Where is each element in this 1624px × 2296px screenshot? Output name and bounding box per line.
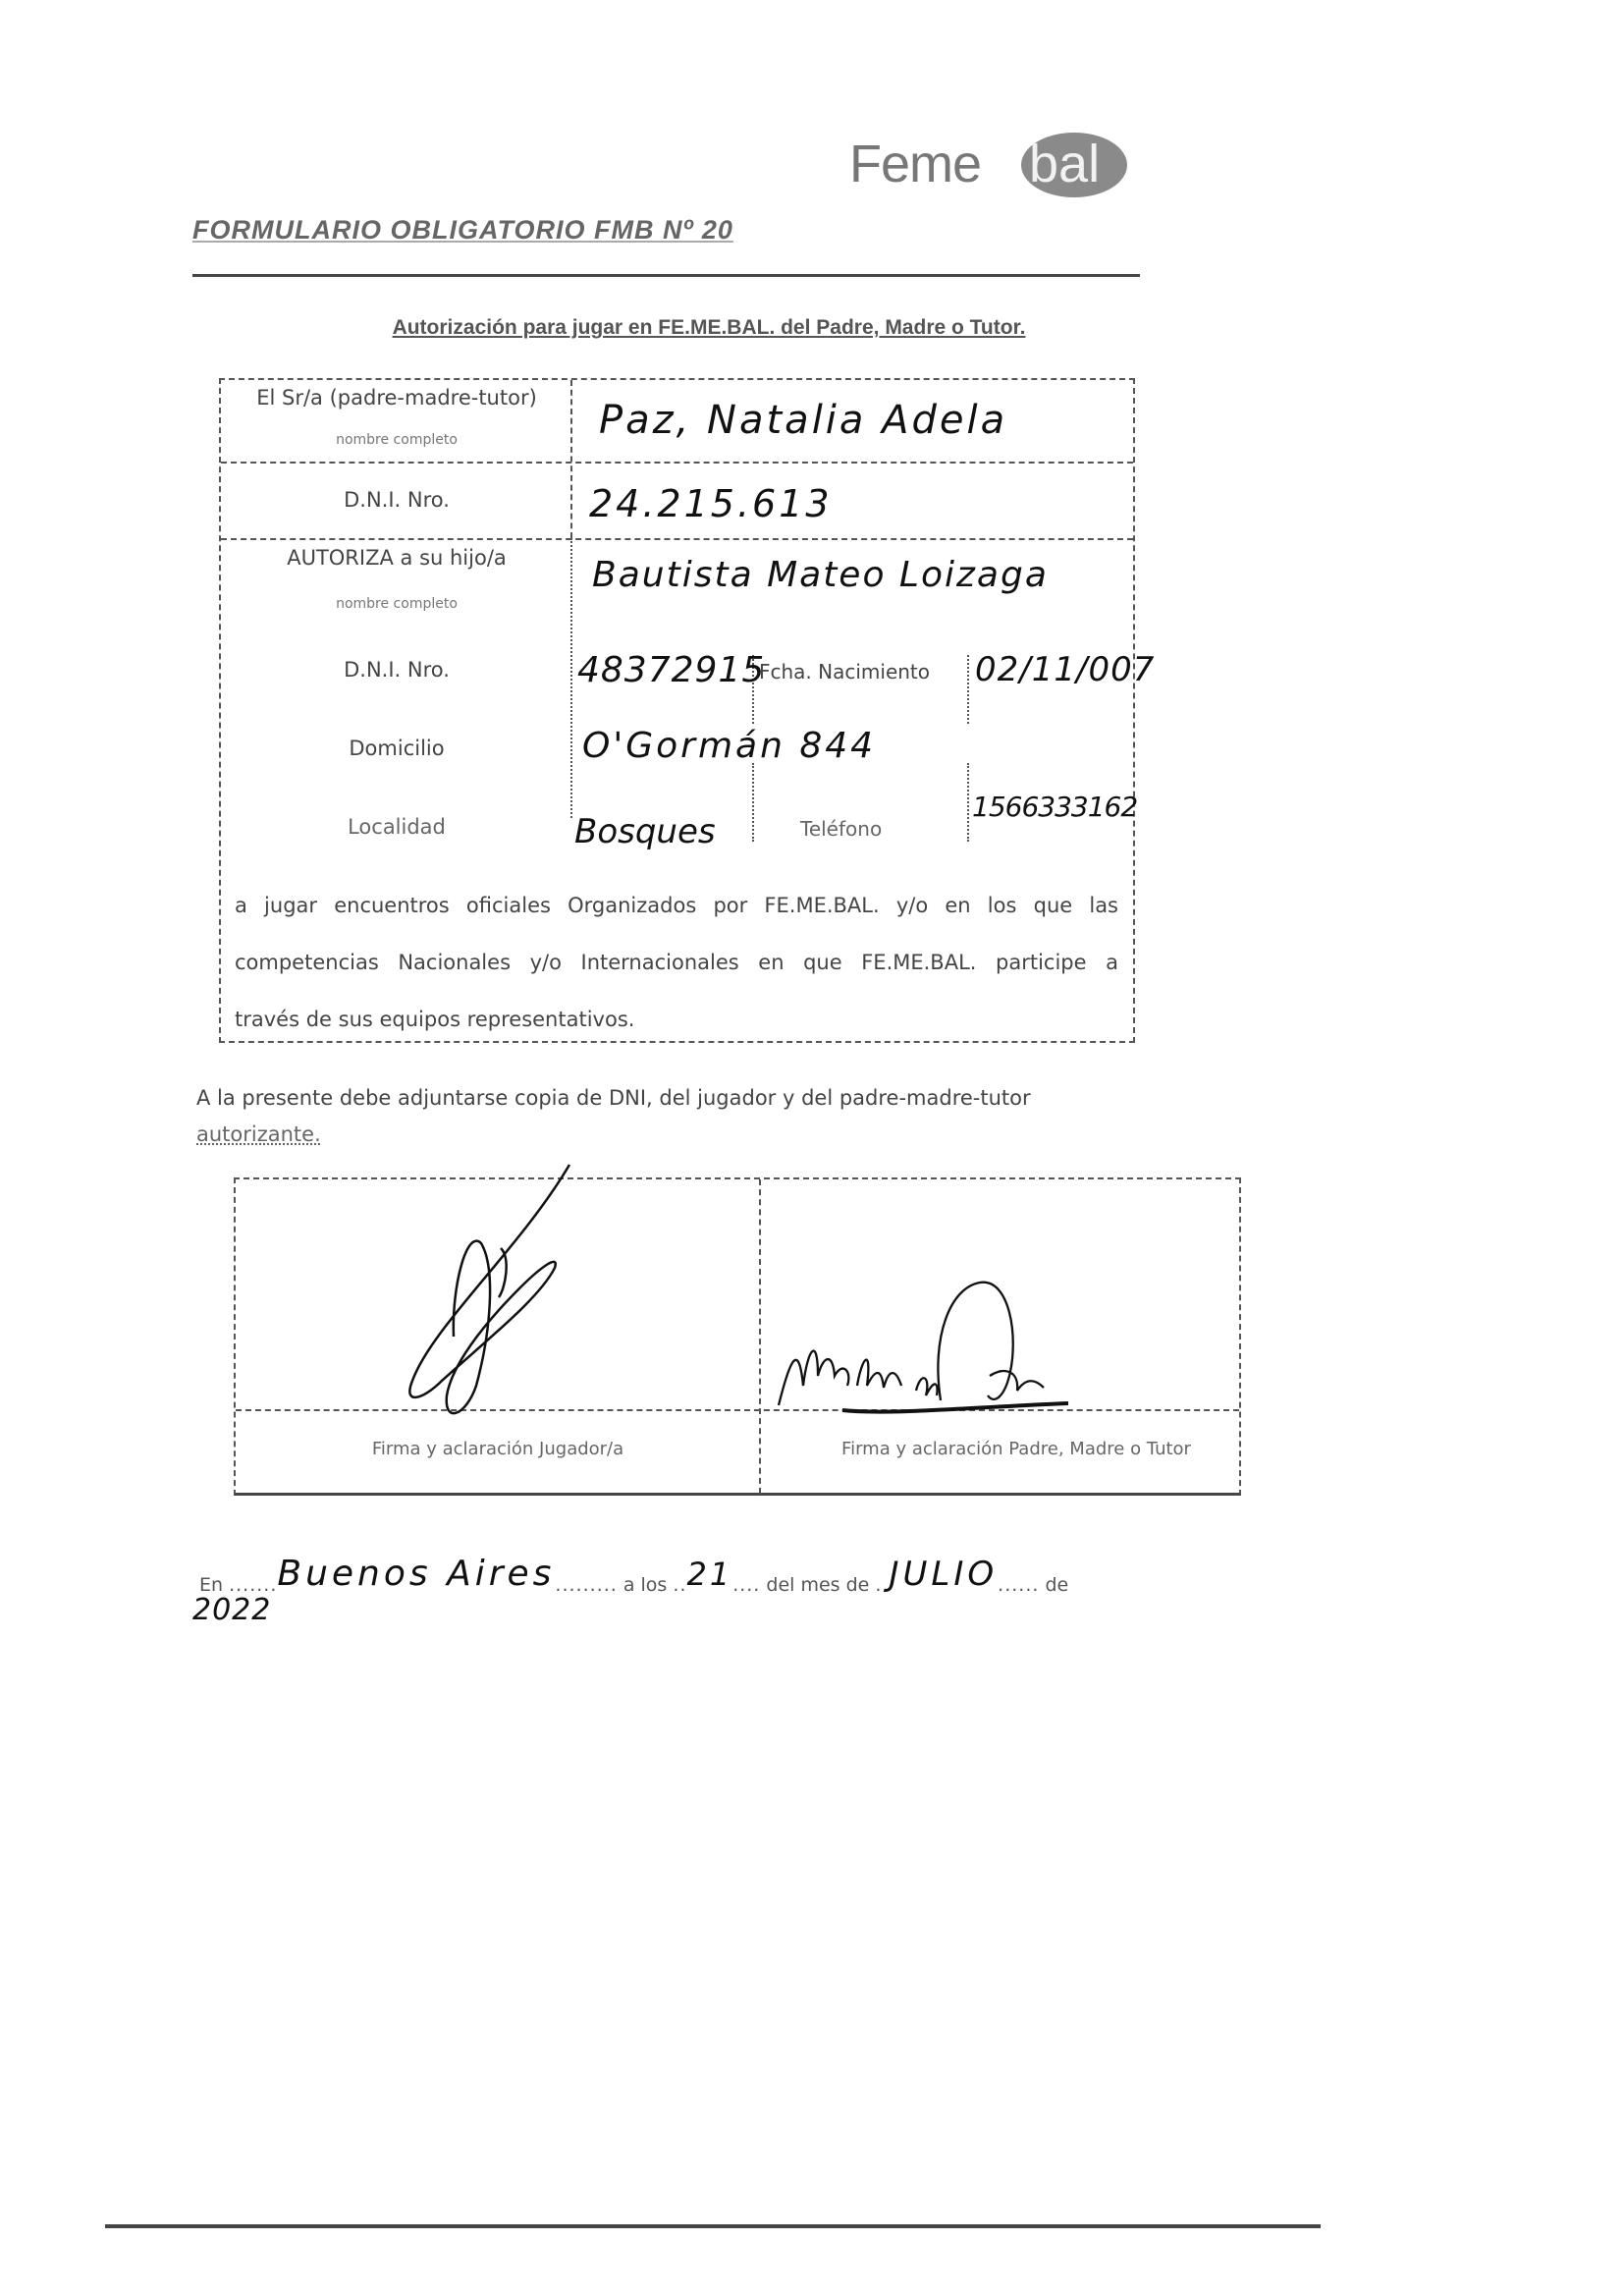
authorization-line: través de sus equipos representativos. [235,991,1118,1048]
logo-ball-text: bal [1029,135,1100,193]
note-line: autorizante. [196,1117,1080,1153]
dotted-fill: .. [875,1574,889,1596]
header-divider [192,274,1140,277]
phone-label: Teléfono [800,817,882,841]
guardian-sublabel: nombre completo [221,432,572,448]
date-line: En .......Buenos Aires......... a los ..… [199,1559,1068,1600]
authorization-line: a jugar encuentros oficiales Organizados… [235,877,1118,934]
guardian-signature-label: Firma y aclaración Padre, Madre o Tutor [766,1439,1267,1459]
child-label: AUTORIZA a su hijo/a [221,546,572,570]
guardian-label: El Sr/a (padre-madre-tutor) [221,386,572,410]
dotted-fill: ......... [555,1574,617,1596]
column-divider [967,655,969,724]
authorization-table: El Sr/a (padre-madre-tutor) nombre compl… [219,378,1135,1043]
authorization-line: competencias Nacionales y/o Internaciona… [235,934,1118,991]
dotted-fill: .. [673,1574,686,1596]
guardian-name-field[interactable]: Paz, Natalia Adela [599,398,1007,443]
guardian-signature [774,1278,1098,1425]
date-de-label: de [1045,1574,1068,1596]
phone-field[interactable]: 1566333162 [972,791,1137,823]
locality-field[interactable]: Bosques [574,812,716,851]
child-name-field[interactable]: Bautista Mateo Loizaga [592,555,1049,595]
logo-ball-icon: bal [1021,133,1127,197]
note-line: A la presente debe adjuntarse copia de D… [196,1080,1080,1117]
dotted-fill: ...... [998,1574,1039,1596]
child-dni-label: D.N.I. Nro. [221,658,572,682]
femebal-logo: Feme bal [849,133,1134,196]
day-field[interactable]: 21 [686,1556,732,1593]
signature-box: Firma y aclaración Jugador/a Firma y acl… [234,1177,1241,1496]
city-field[interactable]: Buenos Aires [277,1554,555,1594]
form-title: FORMULARIO OBLIGATORIO FMB Nº 20 [192,215,733,246]
address-label: Domicilio [221,737,572,760]
address-field[interactable]: O'Gormán 844 [582,726,876,766]
form-subtitle-text: Autorización para jugar en FE.ME.BAL. de… [393,316,1026,339]
row-divider [221,538,1133,540]
attachment-note: A la presente debe adjuntarse copia de D… [196,1080,1080,1153]
authorization-text: a jugar encuentros oficiales Organizados… [235,877,1118,1048]
player-signature-label: Firma y aclaración Jugador/a [247,1439,748,1459]
child-dni-field[interactable]: 48372915 [577,650,765,690]
logo-text: Feme [849,135,981,193]
guardian-dni-field[interactable]: 24.215.613 [589,482,833,525]
date-a-los-label: a los [623,1574,668,1596]
row-divider [221,462,1133,464]
column-divider [752,763,754,842]
footer-divider [105,2224,1321,2228]
year-field[interactable]: 2022 [192,1593,271,1627]
dotted-fill: .... [732,1574,760,1596]
child-sublabel: nombre completo [221,596,572,612]
player-signature [373,1160,609,1435]
signature-divider [759,1179,761,1494]
date-month-label: del mes de [766,1574,869,1596]
form-subtitle: Autorización para jugar en FE.ME.BAL. de… [0,316,1624,340]
month-field[interactable]: JULIO [890,1555,999,1594]
birth-date-label: Fcha. Nacimiento [759,660,930,683]
locality-label: Localidad [221,815,572,839]
column-divider [967,763,969,842]
birth-date-field[interactable]: 02/11/007 [975,650,1155,689]
guardian-dni-label: D.N.I. Nro. [221,488,572,512]
